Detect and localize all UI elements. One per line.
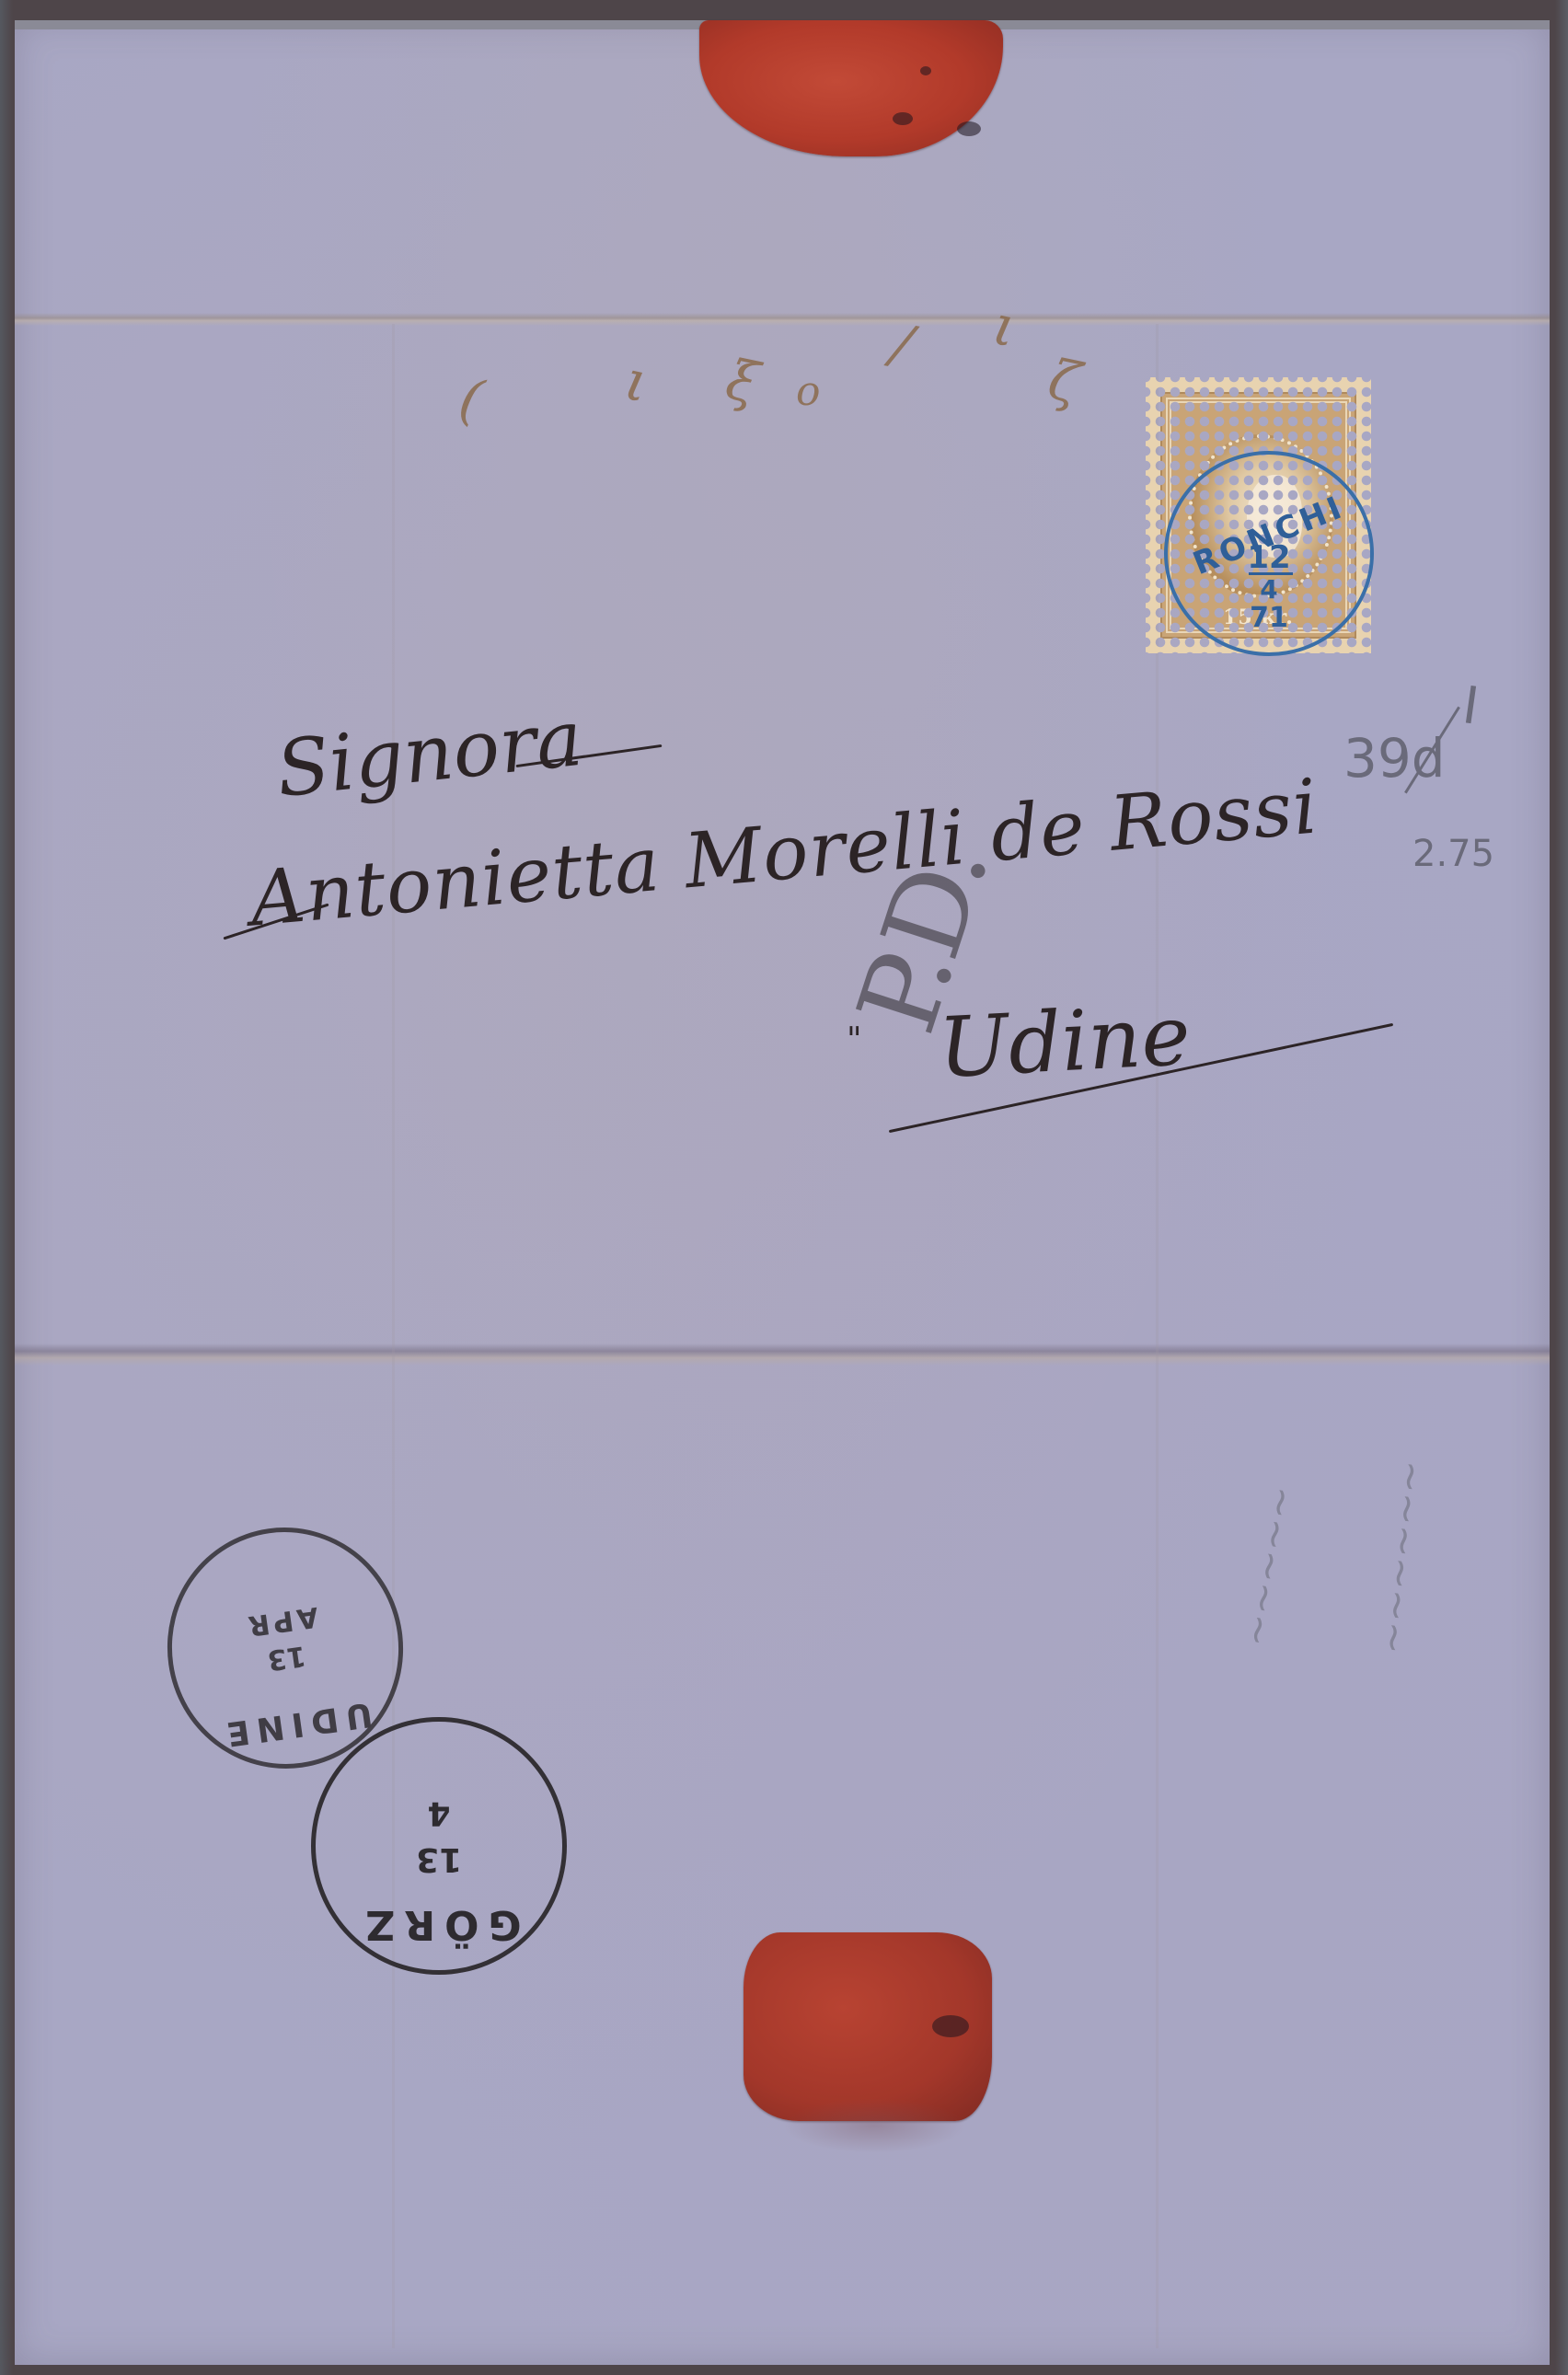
- address-ditto-mark: ": [847, 1021, 862, 1059]
- postmark-month: 4: [316, 1794, 562, 1832]
- address-city: Udine: [936, 987, 1193, 1097]
- pencil-price: 2.75: [1412, 833, 1494, 875]
- fold-line-lower: [15, 1343, 1550, 1366]
- seal-stain: [782, 2098, 966, 2153]
- fold-line-upper: [15, 313, 1550, 326]
- wax-seal-bottom: [744, 1932, 992, 2121]
- seal-blemish: [893, 112, 913, 125]
- pencil-catalog-number: 39d: [1343, 727, 1446, 790]
- seal-blemish: [920, 66, 931, 75]
- postmark-day: 12: [1168, 539, 1370, 576]
- ink-bleed-mark: ο: [796, 368, 821, 415]
- fold-line-vertical: [392, 324, 395, 2348]
- seal-blemish: [957, 121, 981, 136]
- postmark-month: 4: [1168, 574, 1370, 605]
- postmark-day: 13: [316, 1840, 562, 1878]
- seal-blemish: [932, 2015, 969, 2037]
- postmark-year: 71: [1168, 602, 1370, 634]
- origin-postmark: RONCHI 12 4 71: [1164, 451, 1374, 656]
- transit-postmark: GÖRZ 13 4: [311, 1717, 567, 1975]
- postmark-town: GÖRZ: [316, 1901, 562, 1948]
